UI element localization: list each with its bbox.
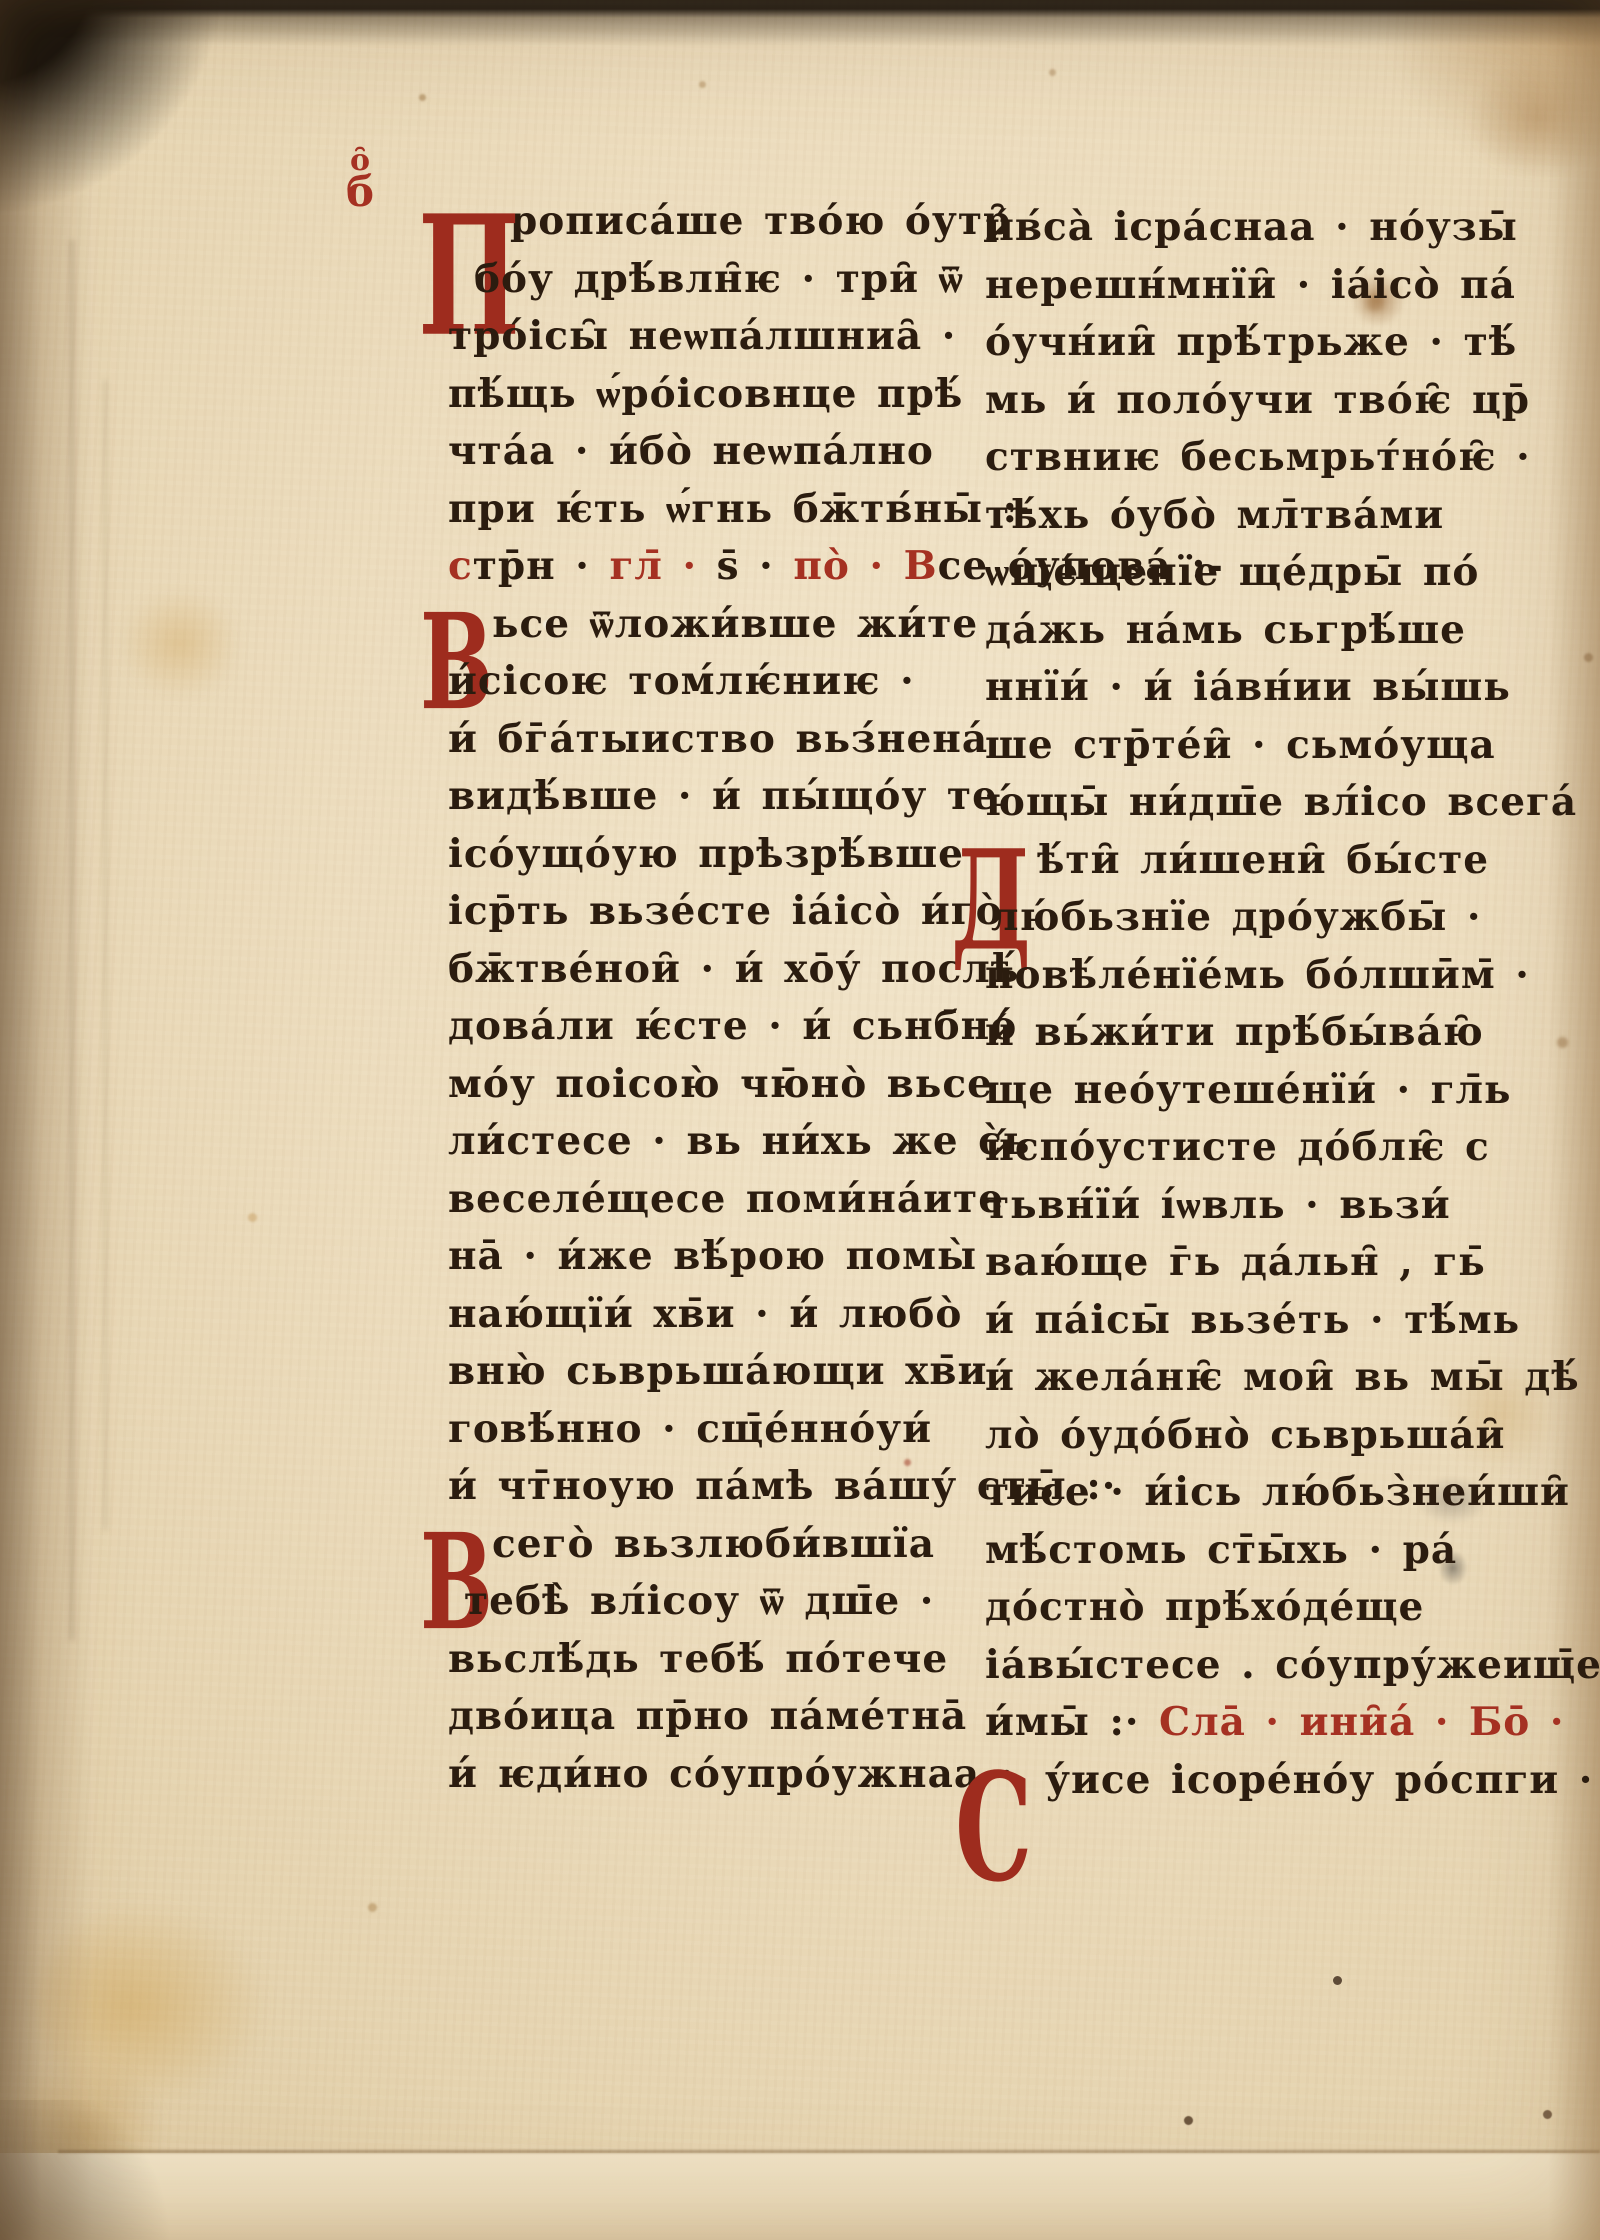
manuscript-line: до́стно̀ прѣ́хо́де́ще	[985, 1582, 1424, 1640]
rubric-initial: С	[955, 1753, 1033, 1902]
manuscript-line: бж̄тве́нои̑ · и́ хо̄у́ послѣ́	[448, 944, 1019, 1002]
manuscript-line: Дѣ́ти̑ ли́шени̑ бы́сте	[985, 835, 1489, 893]
body-text: тро́ісы̑ неѡпа́лшниа̑ ·	[448, 313, 956, 359]
quire-mark: о̑ б	[346, 148, 374, 209]
body-text: и́спо́устисте до́блѥ̑ с	[985, 1124, 1490, 1170]
quire-mark-letter: б	[346, 174, 374, 210]
body-text: ьсе ѿложи́вше жи́те	[492, 601, 978, 647]
manuscript-line: мь и́ поло́учи тво́ѥ̑ цр̄	[985, 375, 1530, 433]
body-text: ще нео́утеше́нїи́ · гл̄ь	[985, 1067, 1512, 1113]
body-text: ісо́ущо́ую прѣзрѣ́вше ·	[448, 831, 998, 877]
stain	[118, 588, 242, 700]
body-text: при ѥ́ть ѡ́гнь бж̄тв́ны̄ :-	[448, 486, 1035, 532]
manuscript-line: веселе́щесе поми́на́ите	[448, 1174, 1004, 1232]
body-text: мо́у поісою̀ чю̄но̀ вьсе	[448, 1061, 993, 1107]
body-text: ваю́ще г̄ь да́льн̑ , гь̄	[985, 1239, 1486, 1285]
manuscript-line: говѣ́нно · сщ̄е́нно́уи́	[448, 1404, 932, 1462]
manuscript-line: и́мы̄ :· Сла̄ · ини̑а́ · Бо̄ ·	[985, 1697, 1564, 1755]
body-text: да́жь на́мь сьгрѣ́ше	[985, 607, 1466, 653]
manuscript-line: мѣ́стомь ст̄ы̄хь · ра́	[985, 1525, 1457, 1583]
body-text: ѕ̄ ·	[717, 543, 794, 589]
body-text: и́ ѥди́но со́упро́ужнаа ·	[448, 1751, 1014, 1797]
body-text: рописа́ше тво́ю о́утр̑	[510, 198, 1011, 244]
body-text: наю́щїи́ хв̄и · и́ любо̀	[448, 1291, 962, 1337]
manuscript-line: іср̄ть вьзе́сте іа́ісо̀ и́го̀	[448, 886, 1003, 944]
body-text: у́исе ісоре́но́у ро́спги ·	[1045, 1757, 1593, 1803]
stain	[438, 2148, 700, 2240]
body-text: и́в́са̀ ісра́снаа · но́узы̄	[985, 204, 1518, 250]
body-text: о́учн́ии̑ прѣ́трьже · тѣ́	[985, 319, 1517, 365]
stain	[38, 1898, 273, 2113]
page-edge-line	[58, 2150, 1600, 2153]
manuscript-line: тѣ́хь о́убо̀ мл̄тва́ми	[985, 490, 1444, 548]
page-right-edge	[1548, 0, 1600, 2240]
manuscript-line: да́жь на́мь сьгрѣ́ше	[985, 605, 1466, 663]
body-text: на̄ · и́же вѣ́рою помы̀	[448, 1233, 977, 1279]
manuscript-line: вню̀ сьврьша́ющи хв̄и	[448, 1346, 987, 1404]
body-text: тисе · и́ісь лю́бьз̀неи́ши̑	[985, 1469, 1570, 1515]
parchment-crease	[70, 240, 74, 1640]
body-text: тебѣ̀ вл́ісоу ѿ дш̄е ·	[464, 1578, 934, 1624]
manuscript-line: чта́а · и́бо̀ неѡпа́лно	[448, 426, 934, 484]
body-text: дова́ли ѥ́сте · и́ сьнб̄но́	[448, 1003, 1017, 1049]
body-text: мѣ́стомь ст̄ы̄хь · ра́	[985, 1527, 1457, 1573]
body-text: до́стно̀ прѣ́хо́де́ще	[985, 1584, 1424, 1630]
manuscript-line: тисе · и́ісь лю́бьз̀неи́ши̑	[985, 1467, 1570, 1525]
body-text: мь и́ поло́учи тво́ѥ̑ цр̄	[985, 377, 1530, 423]
manuscript-line: и́ жела́нѥ̑ мои̑ вь мы̄ дѣ́	[985, 1352, 1580, 1410]
body-text: тѣ́хь о́убо̀ мл̄тва́ми	[985, 492, 1444, 538]
manuscript-line: дова́ли ѥ́сте · и́ сьнб̄но́	[448, 1001, 1017, 1059]
manuscript-line: ннїи́ · и́ іа́вн́ии вы́шь	[985, 662, 1511, 720]
body-text: и́мы̄ :·	[985, 1699, 1159, 1745]
manuscript-line: и́спо́устисте до́блѥ̑ с	[985, 1122, 1490, 1180]
manuscript-line: при ѥ́ть ѡ́гнь бж̄тв́ны̄ :-	[448, 484, 1035, 542]
manuscript-line: іа́вы́стесе . со́упру́жеищ̄е	[985, 1640, 1600, 1698]
photo-top-edge	[0, 0, 1600, 46]
manuscript-line: дво́ица пр̄но па́ме́тна̄	[448, 1691, 967, 1749]
manuscript-line: и́в́са̀ ісра́снаа · но́узы̄	[985, 202, 1518, 260]
manuscript-line: мо́у поісою̀ чю̄но̀ вьсе	[448, 1059, 993, 1117]
body-text: и́ бг̄а́тыиство вьз́нена́	[448, 716, 988, 762]
page-bottom-edge	[0, 2153, 1600, 2240]
body-text: бо́у дрѣ́влн̑ѥ · три̑ ѿ	[474, 256, 964, 302]
manuscript-line: вьслѣ́дь тебѣ́ по́тече	[448, 1634, 948, 1692]
body-text: ло̀ о́удо́бно̀ сьврьша́и̑	[985, 1412, 1505, 1458]
manuscript-line: пѣ́щь ѡ́ро́ісовнце прѣ́	[448, 369, 963, 427]
manuscript-line: Вьсе ѿложи́вше жи́те	[448, 599, 978, 657]
manuscript-photo: о̑ б Прописа́ше тво́ю о́утр̑бо́у дрѣ́влн…	[0, 0, 1600, 2240]
manuscript-line: Всего̀ вьзлюби́вшїа	[448, 1519, 935, 1577]
manuscript-line: Су́исе ісоре́но́у ро́спги ·	[985, 1755, 1593, 1813]
body-text: ѣ́ти̑ ли́шени̑ бы́сте	[1037, 837, 1489, 883]
manuscript-line: ли́стесе · вь ни́хь же с̀ь	[448, 1116, 1030, 1174]
rubric-text: по̀ ·	[793, 543, 903, 589]
binding-gutter-shadow	[0, 0, 92, 2240]
stain	[1468, 58, 1600, 178]
manuscript-line: бо́у дрѣ́влн̑ѥ · три̑ ѿ	[448, 254, 964, 312]
manuscript-line: ло̀ о́удо́бно̀ сьврьша́и̑	[985, 1410, 1505, 1468]
body-text: ли́стесе · вь ни́хь же с̀ь	[448, 1118, 1030, 1164]
body-text: нерешн́мнїи̑ · іа́ісо̀ па́	[985, 262, 1516, 308]
body-text: ше стр̄те́и̑ · сьмо́уща	[985, 722, 1496, 768]
manuscript-line: и́ па́ісы̄ вьзе́ть · тѣ́мь	[985, 1295, 1520, 1353]
manuscript-line: ще нео́утеше́нїи́ · гл̄ь	[985, 1065, 1512, 1123]
rubric-text: с	[448, 543, 473, 589]
shadow-corner	[0, 0, 280, 320]
parchment-crease	[104, 380, 107, 1530]
manuscript-line: ѡще́щенїе ще́дры̄ по́	[985, 547, 1479, 605]
body-text: тьвн́їи́ і́ѡвль · вьзи́	[985, 1182, 1451, 1228]
manuscript-line: и́ ѥди́но со́упро́ужнаа ·	[448, 1749, 1014, 1807]
body-text: и́ вь́жи́ти прѣ́бы́ва́ю̑	[985, 1009, 1484, 1055]
body-text: ннїи́ · и́ іа́вн́ии вы́шь	[985, 664, 1511, 710]
body-text: и́сісоѥ том́лѥ́ниѥ ·	[448, 658, 915, 704]
manuscript-line: наю́щїи́ хв̄и · и́ любо̀	[448, 1289, 962, 1347]
body-text: и́ жела́нѥ̑ мои̑ вь мы̄ дѣ́	[985, 1354, 1580, 1400]
body-text: повѣ́ле́нїе́мь бо́лшӣм̄ ·	[985, 952, 1530, 998]
manuscript-line: тьвн́їи́ і́ѡвль · вьзи́	[985, 1180, 1451, 1238]
body-text: ствниѥ бесьмрьт́но́ѥ̑ ·	[985, 434, 1531, 480]
rubric-text: гл̄ ·	[609, 543, 716, 589]
manuscript-line: тро́ісы̑ неѡпа́лшниа̑ ·	[448, 311, 956, 369]
body-text: тр̄н ·	[473, 543, 610, 589]
body-text: вню̀ сьврьша́ющи хв̄и	[448, 1348, 987, 1394]
body-text: веселе́щесе поми́на́ите	[448, 1176, 1004, 1222]
manuscript-line: лю́бьзнїе дро́ужбы̄ ·	[985, 892, 1482, 950]
body-text: іа́вы́стесе . со́упру́жеищ̄е	[985, 1642, 1600, 1688]
body-text: дво́ица пр̄но па́ме́тна̄	[448, 1693, 967, 1739]
manuscript-line: на̄ · и́же вѣ́рою помы̀	[448, 1231, 977, 1289]
body-text: іср̄ть вьзе́сте іа́ісо̀ и́го̀	[448, 888, 1003, 934]
foxing-specks	[0, 0, 5, 5]
shadow-corner	[0, 2100, 190, 2240]
body-text: лю́бьзнїе дро́ужбы̄ ·	[991, 894, 1482, 940]
body-text: и́ па́ісы̄ вьзе́ть · тѣ́мь	[985, 1297, 1520, 1343]
manuscript-line: нерешн́мнїи̑ · іа́ісо̀ па́	[985, 260, 1516, 318]
manuscript-line: ваю́ще г̄ь да́льн̑ , гь̄	[985, 1237, 1486, 1295]
manuscript-line: ствниѥ бесьмрьт́но́ѥ̑ ·	[985, 432, 1531, 490]
manuscript-line: и́сісоѥ том́лѥ́ниѥ ·	[448, 656, 915, 714]
body-text: говѣ́нно · сщ̄е́нно́уи́	[448, 1406, 932, 1452]
rubric-text: Сла̄ · ини̑а́ · Бо̄ ·	[1159, 1699, 1564, 1745]
manuscript-line: тебѣ̀ вл́ісоу ѿ дш̄е ·	[448, 1576, 934, 1634]
body-text: вьслѣ́дь тебѣ́ по́тече	[448, 1636, 948, 1682]
body-text: бж̄тве́нои̑ · и́ хо̄у́ послѣ́	[448, 946, 1019, 992]
manuscript-line: ю́щы̄ ни́дш̄е вл́ісо всега́ :·	[985, 777, 1600, 835]
body-text: ѡще́щенїе ще́дры̄ по́	[985, 549, 1479, 595]
stain	[0, 2058, 165, 2208]
body-text: ю́щы̄ ни́дш̄е вл́ісо всега́ :·	[985, 779, 1600, 825]
manuscript-line: ісо́ущо́ую прѣзрѣ́вше ·	[448, 829, 998, 887]
manuscript-line: о́учн́ии̑ прѣ́трьже · тѣ́	[985, 317, 1517, 375]
manuscript-line: и́ вь́жи́ти прѣ́бы́ва́ю̑	[985, 1007, 1484, 1065]
manuscript-line: Прописа́ше тво́ю о́утр̑	[448, 196, 1011, 254]
manuscript-line: и́ бг̄а́тыиство вьз́нена́	[448, 714, 988, 772]
body-text: чта́а · и́бо̀ неѡпа́лно	[448, 428, 934, 474]
stain	[1380, 0, 1600, 180]
manuscript-line: ше стр̄те́и̑ · сьмо́уща	[985, 720, 1496, 778]
body-text: пѣ́щь ѡ́ро́ісовнце прѣ́	[448, 371, 963, 417]
rubric-text: В	[904, 543, 938, 589]
body-text: видѣ́вше · и́ пы́що́у те	[448, 773, 998, 819]
body-text: сего̀ вьзлюби́вшїа	[492, 1521, 935, 1567]
manuscript-line: видѣ́вше · и́ пы́що́у те	[448, 771, 998, 829]
manuscript-line: повѣ́ле́нїе́мь бо́лшӣм̄ ·	[985, 950, 1530, 1008]
